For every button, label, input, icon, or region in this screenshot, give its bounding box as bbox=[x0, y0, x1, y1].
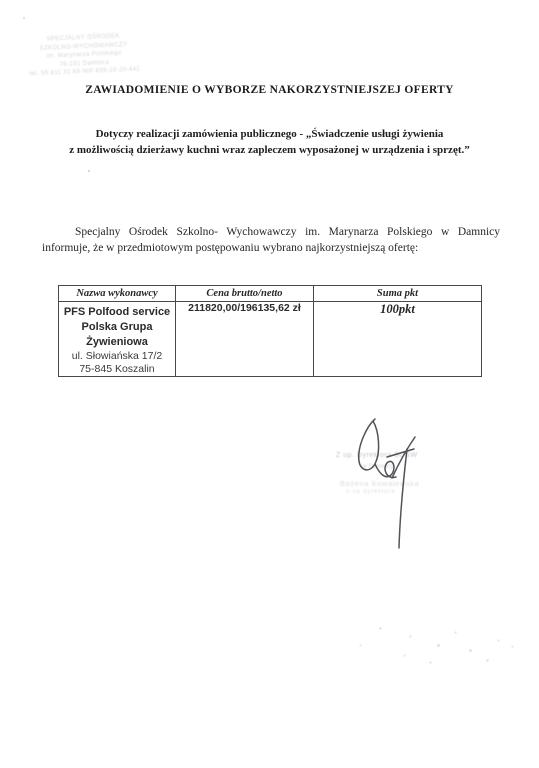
header-price: Cena brutto/netto bbox=[176, 286, 314, 302]
contractor-name-line: PFS Polfood service bbox=[59, 305, 175, 320]
document-title: ZAWIADOMIENIE O WYBORZE NAKORZYSTNIEJSZE… bbox=[0, 84, 539, 96]
paragraph-line-2: informuje, że w przedmiotowym postępowan… bbox=[42, 240, 500, 256]
handwritten-signature-icon bbox=[326, 403, 456, 558]
contractor-name-line: Żywieniowa bbox=[59, 335, 175, 350]
subject-block: Dotyczy realizacji zamówienia publiczneg… bbox=[0, 126, 539, 158]
subject-line-1: Dotyczy realizacji zamówienia publiczneg… bbox=[0, 126, 539, 142]
contractor-address-line: 75-845 Koszalin bbox=[59, 363, 175, 376]
contractor-cell: PFS Polfood service Polska Grupa Żywieni… bbox=[59, 302, 176, 377]
offer-table: Nazwa wykonawcy Cena brutto/netto Suma p… bbox=[58, 285, 482, 377]
table-header-row: Nazwa wykonawcy Cena brutto/netto Suma p… bbox=[59, 286, 482, 302]
scan-speck bbox=[23, 17, 25, 19]
header-points: Suma pkt bbox=[314, 286, 482, 302]
contractor-name-line: Polska Grupa bbox=[59, 320, 175, 335]
scanned-document-page: SPECJALNY OŚRODEK SZKOLNO-WYCHOWAWCZY im… bbox=[0, 0, 539, 768]
header-contractor: Nazwa wykonawcy bbox=[59, 286, 176, 302]
corner-stamp: SPECJALNY OŚRODEK SZKOLNO-WYCHOWAWCZY im… bbox=[13, 31, 155, 80]
scan-speck bbox=[88, 170, 90, 172]
price-cell: 211820,00/196135,62 zł bbox=[176, 302, 314, 377]
paragraph-line-1: Specjalny Ośrodek Szkolno- Wychowawczy i… bbox=[75, 224, 500, 240]
points-cell: 100pkt bbox=[314, 302, 482, 377]
signature-block: Z up. Dyrektora SOSW w Damnicy Bożena Ko… bbox=[326, 403, 456, 558]
subject-line-2: z możliwością dzierżawy kuchni wraz zapl… bbox=[0, 142, 539, 158]
body-paragraph: Specjalny Ośrodek Szkolno- Wychowawczy i… bbox=[42, 224, 500, 256]
scan-noise bbox=[0, 0, 1, 1]
table-row: PFS Polfood service Polska Grupa Żywieni… bbox=[59, 302, 482, 377]
contractor-address-line: ul. Słowiańska 17/2 bbox=[59, 350, 175, 363]
